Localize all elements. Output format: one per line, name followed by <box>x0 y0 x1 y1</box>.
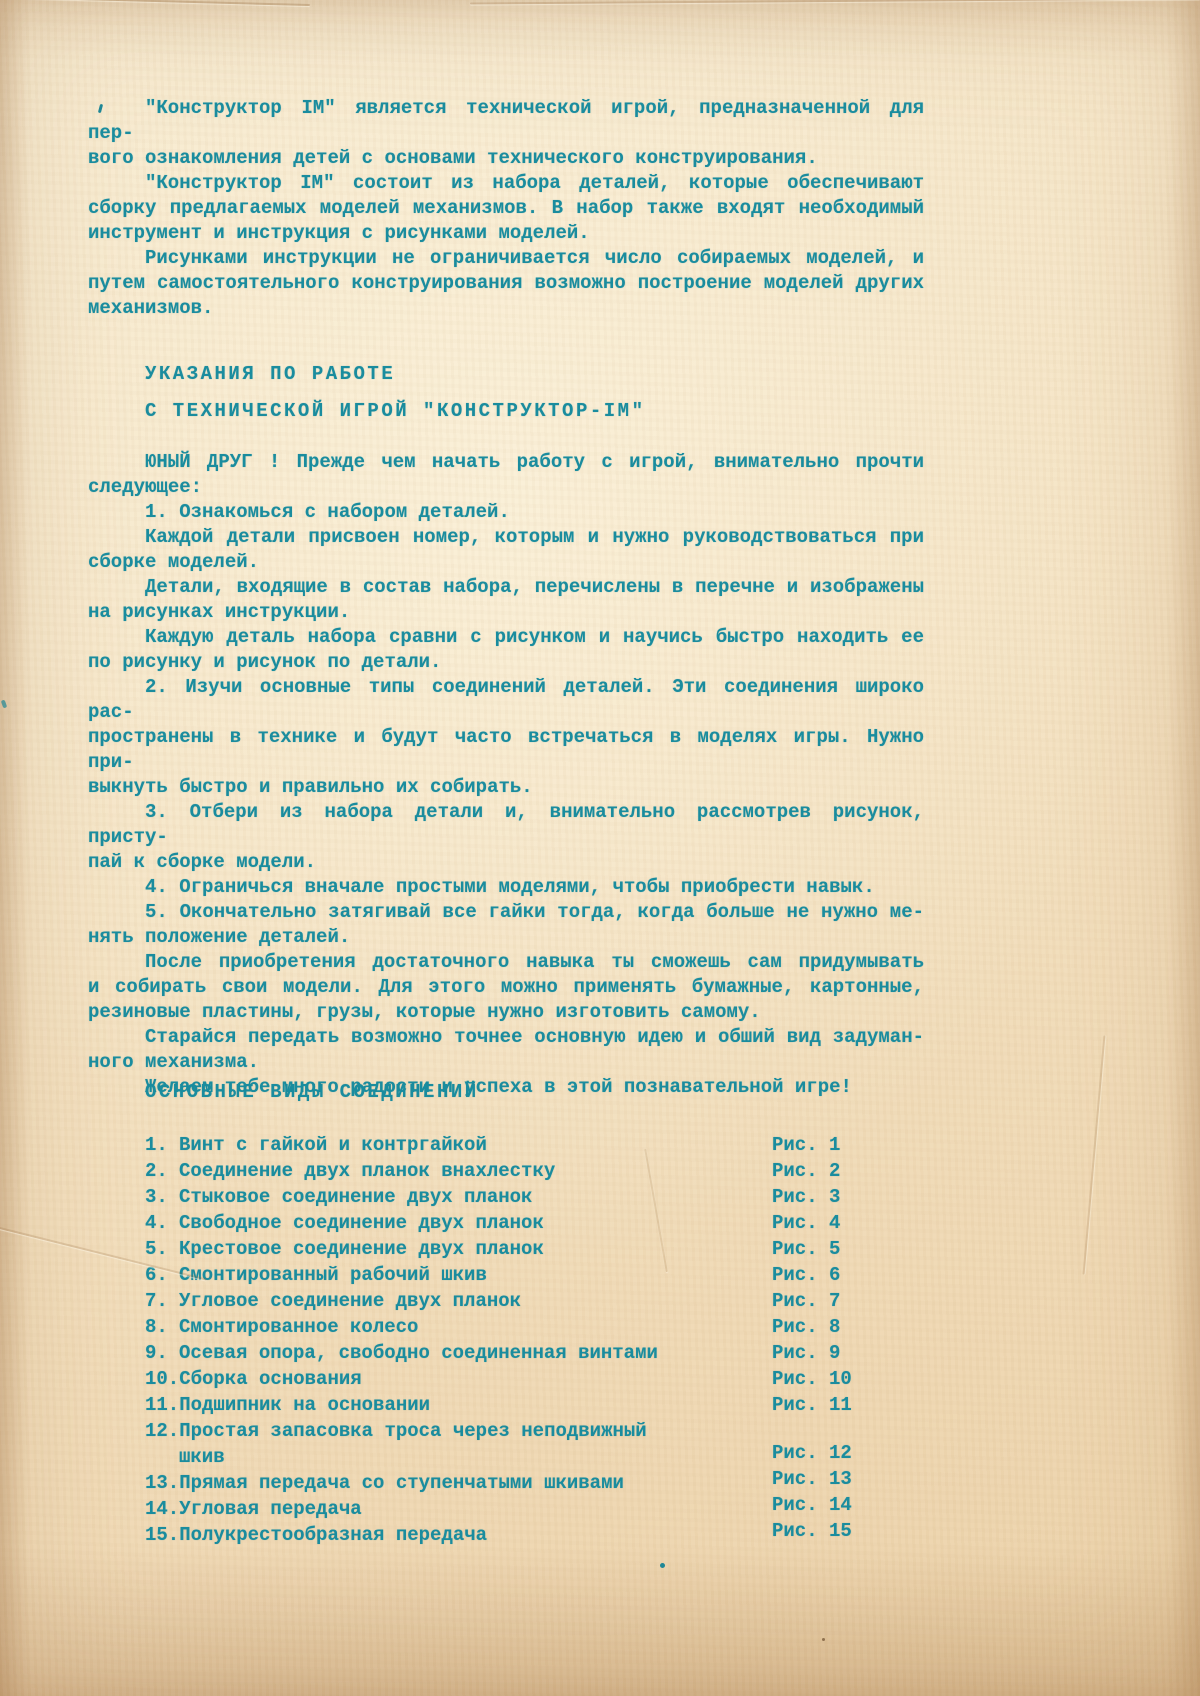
text-line: Рисунками инструкции не ограничивается ч… <box>88 246 924 271</box>
toc-item-label: Крестовое соединение двух планок <box>179 1238 544 1260</box>
text-line: на рисунках инструкции. <box>88 600 924 625</box>
toc-item-number: 15. <box>145 1522 179 1548</box>
toc-item-label: Подшипник на основании <box>179 1394 430 1416</box>
toc-item-number: 7. <box>145 1288 179 1314</box>
toc-item-number: 14. <box>145 1496 179 1522</box>
intro-section: "Конструктор IМ" является технической иг… <box>88 96 924 321</box>
text-line: ЮНЫЙ ДРУГ ! Прежде чем начать работу с и… <box>88 450 924 475</box>
text-line: Каждой детали присвоен номер, которым и … <box>88 525 924 550</box>
toc-figure-ref: Рис. 2 <box>772 1158 840 1184</box>
toc-item: 1.Винт с гайкой и контргайкой Рис. 1 <box>88 1132 924 1158</box>
toc-item: 8.Смонтированное колесо Рис. 8 <box>88 1314 924 1340</box>
text-line: сборку предлагаемых моделей механизмов. … <box>88 196 924 221</box>
section-heading-line: ОСНОВНЫЕ ВИДЫ СОЕДИНЕНИЙ <box>145 1080 981 1105</box>
toc-item-number: 9. <box>145 1340 179 1366</box>
toc-item-number: 3. <box>145 1184 179 1210</box>
toc-item: 4.Свободное соединение двух планок Рис. … <box>88 1210 924 1236</box>
toc-item-number: 6. <box>145 1262 179 1288</box>
text-line: 3. Отбери из набора детали и, внимательн… <box>88 800 924 850</box>
toc-item-label: Осевая опора, свободно соединенная винта… <box>179 1342 658 1364</box>
toc-item: 6.Смонтированный рабочий шкив Рис. 6 <box>88 1262 924 1288</box>
text-line: 5. Окончательно затягивай все гайки тогд… <box>88 900 924 925</box>
joints-heading: ОСНОВНЫЕ ВИДЫ СОЕДИНЕНИЙ <box>88 1080 981 1105</box>
toc-item-label: Угловая передача <box>179 1498 361 1520</box>
text-line: 4. Ограничься вначале простыми моделями,… <box>88 875 924 900</box>
toc-item-label: Соединение двух планок внахлестку <box>179 1160 555 1182</box>
text-line: резиновые пластины, грузы, которые нужно… <box>88 1000 924 1025</box>
text-line: Каждую деталь набора сравни с рисунком и… <box>88 625 924 650</box>
usage-heading: УКАЗАНИЯ ПО РАБОТЕ С ТЕХНИЧЕСКОЙ ИГРОЙ "… <box>88 362 981 424</box>
text-line: "Конструктор IМ" состоит из набора детал… <box>88 171 924 196</box>
toc-figure-ref: Рис. 3 <box>772 1184 840 1210</box>
toc-figure-ref: Рис. 9 <box>772 1340 840 1366</box>
guide-section: ЮНЫЙ ДРУГ ! Прежде чем начать работу с и… <box>88 450 924 1100</box>
toc-item-number: 12. <box>145 1418 179 1444</box>
toc-item-number: 10. <box>145 1366 179 1392</box>
toc-item-label: Угловое соединение двух планок <box>179 1290 521 1312</box>
toc-item-number: 1. <box>145 1132 179 1158</box>
toc-item-label: Полукрестообразная передача <box>179 1524 487 1546</box>
text-line: вого ознакомления детей с основами техни… <box>88 146 924 171</box>
joints-list: 1.Винт с гайкой и контргайкой Рис. 1 2.С… <box>88 1132 924 1548</box>
paper-crease <box>470 0 1200 5</box>
toc-item-label: Стыковое соединение двух планок <box>179 1186 532 1208</box>
toc-item: 9.Осевая опора, свободно соединенная вин… <box>88 1340 924 1366</box>
ink-speck <box>1 700 7 709</box>
toc-figure-ref: Рис. 1 <box>772 1132 840 1158</box>
text-line: Детали, входящие в состав набора, перечи… <box>88 575 924 600</box>
toc-item-label: Винт с гайкой и контргайкой <box>179 1134 487 1156</box>
text-line: механизмов. <box>88 296 924 321</box>
section-heading-line: С ТЕХНИЧЕСКОЙ ИГРОЙ "КОНСТРУКТОР-IМ" <box>145 399 981 424</box>
toc-item: 10.Сборка основания Рис. 10 <box>88 1366 924 1392</box>
text-line: путем самостоятельного конструирования в… <box>88 271 924 296</box>
toc-figure-ref: Рис. 13 <box>772 1466 852 1492</box>
paper-crease <box>0 0 310 6</box>
text-line: выкнуть быстро и правильно их собирать. <box>88 775 924 800</box>
section-heading-line: УКАЗАНИЯ ПО РАБОТЕ <box>145 362 981 387</box>
toc-item-label: Прямая передача со ступенчатыми шкивами <box>179 1472 624 1494</box>
toc-item-label: Сборка основания <box>179 1368 361 1390</box>
toc-figure-ref: Рис. 5 <box>772 1236 840 1262</box>
toc-item: 5.Крестовое соединение двух планок Рис. … <box>88 1236 924 1262</box>
toc-item-number: 13. <box>145 1470 179 1496</box>
toc-item-number: 11. <box>145 1392 179 1418</box>
toc-item-label: Свободное соединение двух планок <box>179 1212 544 1234</box>
text-line: 2. Изучи основные типы соединений детале… <box>88 675 924 725</box>
toc-item: 15.Полукрестообразная передача Рис. 15 <box>88 1522 924 1548</box>
toc-item-label: шкив <box>179 1446 225 1468</box>
text-line: сборке моделей. <box>88 550 924 575</box>
scanned-instruction-page: "Конструктор IМ" является технической иг… <box>0 0 1200 1696</box>
toc-figure-ref: Рис. 4 <box>772 1210 840 1236</box>
toc-item-label: Смонтированное колесо <box>179 1316 418 1338</box>
ink-speck <box>660 1563 665 1568</box>
toc-figure-ref: Рис. 14 <box>772 1492 852 1518</box>
toc-item-number: 2. <box>145 1158 179 1184</box>
toc-item: 7.Угловое соединение двух планок Рис. 7 <box>88 1288 924 1314</box>
paper-crease <box>1083 1035 1106 1274</box>
ink-speck <box>822 1638 825 1641</box>
toc-item: 2.Соединение двух планок внахлестку Рис.… <box>88 1158 924 1184</box>
text-line: 1. Ознакомься с набором деталей. <box>88 500 924 525</box>
text-line: и собирать свои модели. Для этого можно … <box>88 975 924 1000</box>
toc-item: 3.Стыковое соединение двух планок Рис. 3 <box>88 1184 924 1210</box>
text-line: пространены в технике и будут часто встр… <box>88 725 924 775</box>
toc-item-number: 5. <box>145 1236 179 1262</box>
toc-figure-ref: Рис. 7 <box>772 1288 840 1314</box>
toc-item-label: Простая запасовка троса через неподвижны… <box>179 1420 646 1442</box>
text-line: "Конструктор IМ" является технической иг… <box>88 96 924 146</box>
toc-item-number: 8. <box>145 1314 179 1340</box>
text-line: Старайся передать возможно точнее основн… <box>88 1025 924 1050</box>
toc-item-label: Смонтированный рабочий шкив <box>179 1264 487 1286</box>
text-line: следующее: <box>88 475 924 500</box>
text-line: пай к сборке модели. <box>88 850 924 875</box>
toc-figure-ref: Рис. 6 <box>772 1262 840 1288</box>
toc-item-number: 4. <box>145 1210 179 1236</box>
text-line: по рисунку и рисунок по детали. <box>88 650 924 675</box>
toc-figure-ref: Рис. 11 <box>772 1392 852 1418</box>
toc-figure-ref: Рис. 10 <box>772 1366 852 1392</box>
text-line: инструмент и инструкция с рисунками моде… <box>88 221 924 246</box>
toc-figure-ref: Рис. 15 <box>772 1518 852 1544</box>
text-line: ного механизма. <box>88 1050 924 1075</box>
toc-item: 11.Подшипник на основании Рис. 11 <box>88 1392 924 1418</box>
toc-figure-ref: Рис. 8 <box>772 1314 840 1340</box>
toc-figure-ref: Рис. 12 <box>772 1440 852 1466</box>
text-line: нять положение деталей. <box>88 925 924 950</box>
text-line: После приобретения достаточного навыка т… <box>88 950 924 975</box>
